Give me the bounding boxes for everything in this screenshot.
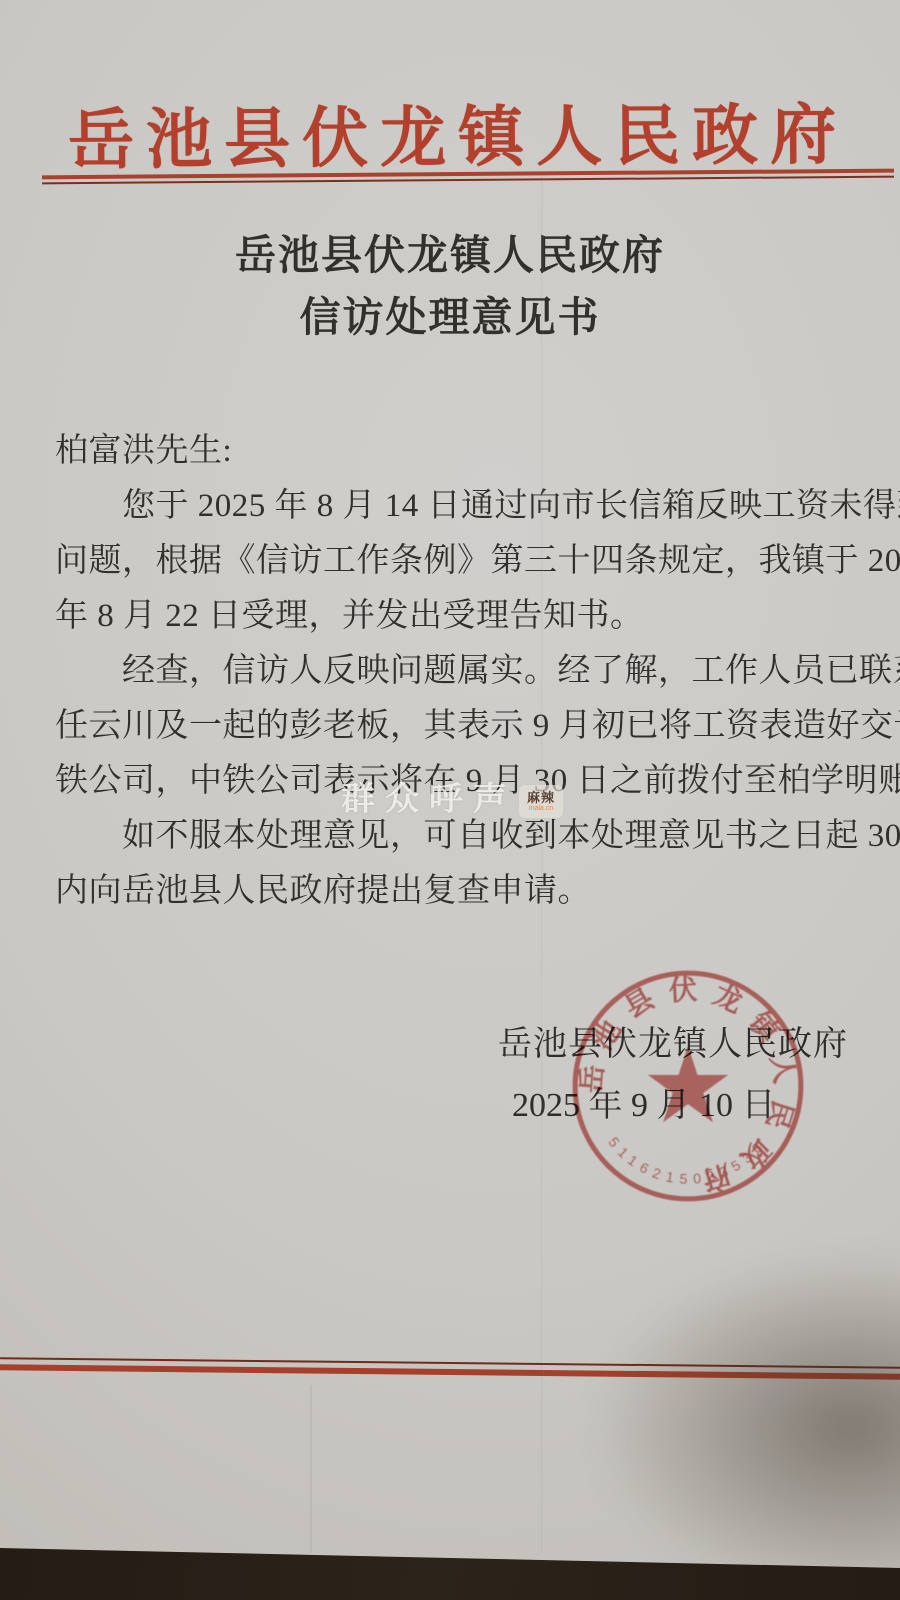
letter-body: 柏富洪先生: 您于 2025 年 8 月 14 日通过向市长信箱反映工资未得到的… xyxy=(55,424,890,919)
letterhead-agency-name: 岳池县伏龙镇人民政府 xyxy=(0,81,900,182)
watermark-logo-text: 麻辣 xyxy=(527,791,555,805)
watermark-logo-icon: 麻辣 mala.cn xyxy=(519,785,563,818)
watermark-text: 群众呼声 xyxy=(341,782,517,816)
paper-crease xyxy=(310,1385,312,1553)
watermark: 群众呼声 麻辣 mala.cn xyxy=(341,781,563,818)
body-line: 任云川及一起的彭老板，其表示 9 月初已将工资表造好交予中 xyxy=(55,699,890,754)
body-line: 问题，根据《信访工作条例》第三十四条规定，我镇于 2025 xyxy=(55,534,890,589)
seal-star-icon xyxy=(648,1046,728,1123)
salutation: 柏富洪先生: xyxy=(55,424,890,479)
document-title: 岳池县伏龙镇人民政府 信访处理意见书 xyxy=(0,224,900,348)
official-seal-stamp: 岳池县伏龙镇人民政府 5116215023536 xyxy=(557,954,819,1216)
document-title-line1: 岳池县伏龙镇人民政府 xyxy=(0,224,900,286)
paper-crease xyxy=(541,175,544,1553)
body-line: 您于 2025 年 8 月 14 日通过向市长信箱反映工资未得到的 xyxy=(55,479,890,534)
document-title-line2: 信访处理意见书 xyxy=(0,286,900,348)
body-line: 年 8 月 22 日受理，并发出受理告知书。 xyxy=(55,589,890,644)
photo-shadow xyxy=(580,1245,900,1575)
document-photo: 岳池县伏龙镇人民政府 岳池县伏龙镇人民政府 信访处理意见书 柏富洪先生: 您于 … xyxy=(0,0,900,1600)
watermark-logo-subtext: mala.cn xyxy=(529,805,554,813)
body-line: 内向岳池县人民政府提出复查申请。 xyxy=(55,864,890,919)
body-line: 经查，信访人反映问题属实。经了解，工作人员已联系和 xyxy=(55,644,890,699)
